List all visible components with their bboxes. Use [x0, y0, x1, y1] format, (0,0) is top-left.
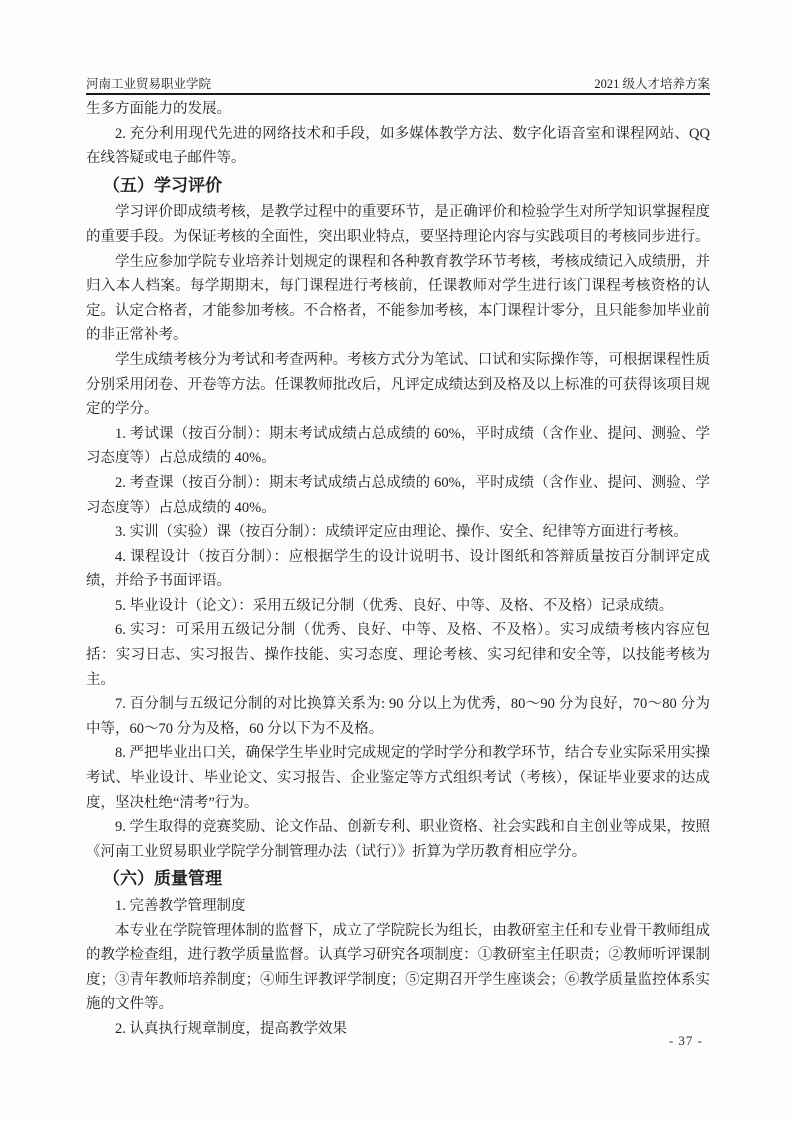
paragraph: 本专业在学院管理体制的监督下，成立了学院院长为组长，由教研室主任和专业骨干教师组…: [86, 919, 710, 1017]
paragraph: 8. 严把毕业出口关，确保学生毕业时完成规定的学时学分和教学环节，结合专业实际采…: [86, 741, 710, 815]
paragraph: 3. 实训（实验）课（按百分制）：成绩评定应由理论、操作、安全、纪律等方面进行考…: [86, 520, 710, 545]
paragraph: 2. 充分利用现代先进的网络技术和手段，如多媒体教学方法、数字化语音室和课程网站…: [86, 122, 710, 171]
paragraph: 7. 百分制与五级记分制的对比换算关系为: 90 分以上为优秀，80～90 分为…: [86, 692, 710, 741]
paragraph: 4. 课程设计（按百分制）：应根据学生的设计说明书、设计图纸和答辩质量按百分制评…: [86, 545, 710, 594]
paragraph: 1. 考试课（按百分制）：期末考试成绩占总成绩的 60%，平时成绩（含作业、提问…: [86, 422, 710, 471]
paragraph: 2. 考查课（按百分制）：期末考试成绩占总成绩的 60%，平时成绩（含作业、提问…: [86, 471, 710, 520]
paragraph: 学习评价即成绩考核，是教学过程中的重要环节，是正确评价和检验学生对所学知识掌握程…: [86, 200, 710, 249]
page-header: 河南工业贸易职业学院 2021 级人才培养方案: [86, 76, 710, 95]
document-page: 河南工业贸易职业学院 2021 级人才培养方案 生多方面能力的发展。2. 充分利…: [0, 0, 793, 1122]
header-left-text: 河南工业贸易职业学院: [86, 76, 211, 92]
paragraph: 2. 认真执行规章制度，提高教学效果: [86, 1017, 710, 1042]
paragraph: 学生应参加学院专业培养计划规定的课程和各种教育教学环节考核，考核成绩记入成绩册，…: [86, 250, 710, 348]
paragraph: 9. 学生取得的竞赛奖励、论文作品、创新专利、职业资格、社会实践和自主创业等成果…: [86, 815, 710, 864]
document-body: 生多方面能力的发展。2. 充分利用现代先进的网络技术和手段，如多媒体教学方法、数…: [86, 97, 710, 1042]
paragraph: 5. 毕业设计（论文）：采用五级记分制（优秀、良好、中等、及格、不及格）记录成绩…: [86, 594, 710, 619]
page-number: - 37 -: [669, 1033, 703, 1049]
paragraph: 1. 完善教学管理制度: [86, 894, 710, 919]
header-right-text: 2021 级人才培养方案: [594, 76, 710, 92]
section-heading: （六）质量管理: [86, 867, 710, 892]
paragraph: 生多方面能力的发展。: [86, 97, 710, 122]
paragraph: 学生成绩考核分为考试和考查两种。考核方式分为笔试、口试和实际操作等，可根据课程性…: [86, 348, 710, 422]
paragraph: 6. 实习：可采用五级记分制（优秀、良好、中等、及格、不及格）。实习成绩考核内容…: [86, 618, 710, 692]
section-heading: （五）学习评价: [86, 174, 710, 199]
